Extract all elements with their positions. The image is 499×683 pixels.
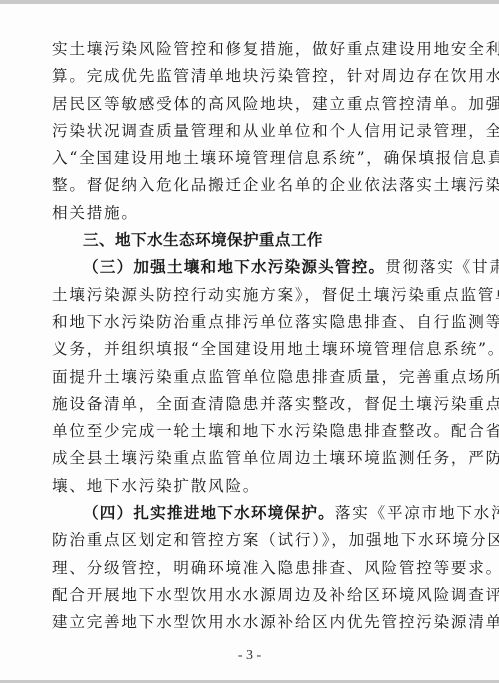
text-line: 和地下水污染防治重点排污单位落实隐患排查、自行监测等法定 <box>52 309 448 336</box>
text-line: 整。督促纳入危化品搬迁企业名单的企业依法落实土壤污染防治 <box>52 172 448 199</box>
text-line: 防治重点区划定和管控方案（试行）》，加强地下水环境分区管 <box>52 527 448 554</box>
document-page: 实土壤污染风险管控和修复措施，做好重点建设用地安全利用核 算。完成优先监管清单地… <box>0 4 499 680</box>
text-line: 配合开展地下水型饮用水水源周边及补给区环境风险调查评价， <box>52 582 448 609</box>
text-line: 成全县土壤污染重点监管单位周边土壤环境监测任务，严防土 <box>52 445 448 472</box>
text-line: 理、分级管控，明确环境准入隐患排查、风险管控等要求。协调 <box>52 555 448 582</box>
text-line: 土壤污染源头防控行动实施方案》，督促土壤污染重点监管单位 <box>52 282 448 309</box>
text-line: 施设备清单，全面查清隐患并落实整改，督促土壤污染重点监管 <box>52 391 448 418</box>
text-line: 建立完善地下水型饮用水水源补给区内优先管控污染源清单，推 <box>52 609 448 636</box>
text-line: 居民区等敏感受体的高风险地块，建立重点管控清单。加强土壤 <box>52 91 448 118</box>
text-line: 入“全国建设用地土壤环境管理信息系统”，确保填报信息真实完 <box>52 145 448 172</box>
paragraph-4-first-text: 落实《平凉市地下水污染 <box>335 504 499 522</box>
text-line: 实土壤污染风险管控和修复措施，做好重点建设用地安全利用核 <box>52 36 448 63</box>
paragraph-4-lead: （四）扎实推进地下水环境保护。 <box>83 504 335 522</box>
text-line: 面提升土壤污染重点监管单位隐患排查质量，完善重点场所和设 <box>52 364 448 391</box>
paragraph-3-lead: （三）加强土壤和地下水污染源头管控。 <box>83 258 385 276</box>
text-line: 单位至少完成一轮土壤和地下水污染隐患排查整改。配合省厅完 <box>52 418 448 445</box>
text-line: 壤、地下水污染扩散风险。 <box>52 473 448 500</box>
text-line: 相关措施。 <box>52 200 448 227</box>
paragraph-3-first-line: （三）加强土壤和地下水污染源头管控。贯彻落实《甘肃省 <box>52 254 448 281</box>
page-number: - 3 - <box>0 648 499 664</box>
section-heading: 三、地下水生态环境保护重点工作 <box>52 227 448 254</box>
paragraph-3-first-text: 贯彻落实《甘肃省 <box>385 258 499 276</box>
text-line: 污染状况调查质量管理和从业单位和个人信用记录管理，全面录 <box>52 118 448 145</box>
document-body: 实土壤污染风险管控和修复措施，做好重点建设用地安全利用核 算。完成优先监管清单地… <box>52 36 448 637</box>
text-line: 算。完成优先监管清单地块污染管控，针对周边存在饮用水源、 <box>52 63 448 90</box>
paragraph-4-first-line: （四）扎实推进地下水环境保护。落实《平凉市地下水污染 <box>52 500 448 527</box>
text-line: 义务，并组织填报“全国建设用地土壤环境管理信息系统”。全 <box>52 336 448 363</box>
